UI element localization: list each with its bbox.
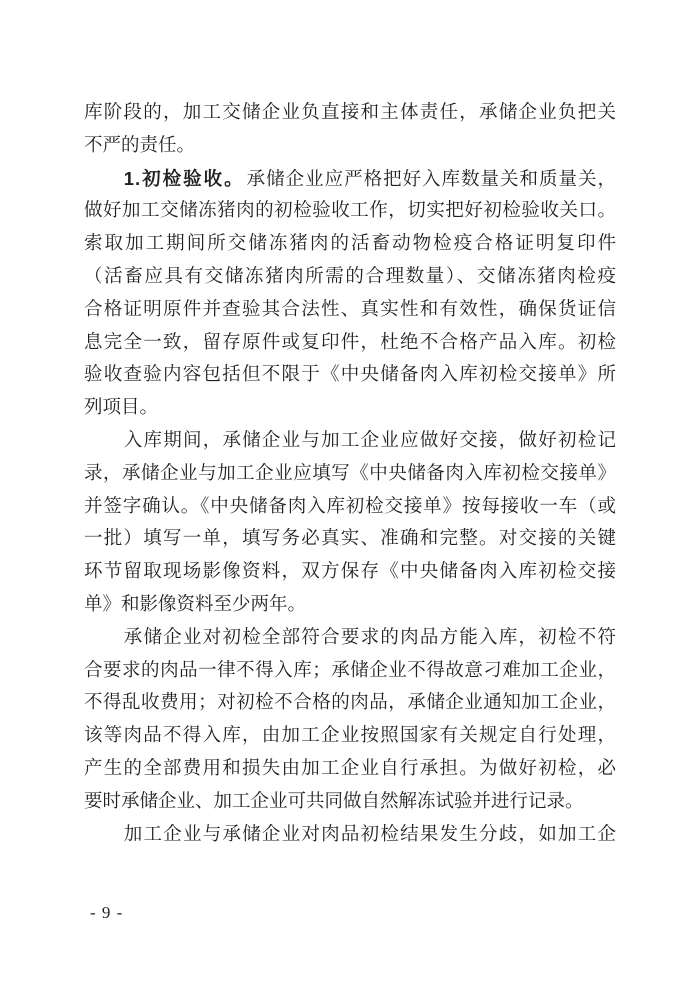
text-line: 验收查验内容包括但不限于《中央储备肉入库初检交接单》所 [84,359,616,392]
text-line: 加工企业与承储企业对肉品初检结果发生分歧，如加工企 [84,819,616,852]
text-line: 合格证明原件并查验其合法性、真实性和有效性，确保货证信 [84,294,616,327]
text-line: 息完全一致，留存原件或复印件，杜绝不合格产品入库。初检 [84,327,616,360]
text-line: 该等肉品不得入库，由加工企业按照国家有关规定自行处理， [84,720,616,753]
line-text: 该等肉品不得入库，由加工企业按照国家有关规定自行处理， [84,726,616,746]
line-text: 一批）填写一单，填写务必真实、准确和完整。对交接的关键 [84,529,616,549]
line-text: 入库期间，承储企业与加工企业应做好交接，做好初检记 [124,431,616,451]
paragraph: 入库期间，承储企业与加工企业应做好交接，做好初检记 录，承储企业与加工企业应填写… [84,425,616,622]
text-line: 1.初检验收。承储企业应严格把好入库数量关和质量关， [84,163,616,196]
line-text: 索取加工期间所交储冻猪肉的活畜动物检疫合格证明复印件 [84,234,616,254]
text-line: 并签字确认。《中央储备肉入库初检交接单》按每接收一车（或 [84,491,616,524]
line-text: 库阶段的，加工交储企业负直接和主体责任，承储企业负把关 [84,103,616,123]
text-line: 做好加工交储冻猪肉的初检验收工作，切实把好初检验收关口。 [84,195,616,228]
line-text: 承储企业应严格把好入库数量关和质量关， [247,170,616,190]
text-line: 环节留取现场影像资料，双方保存《中央储备肉入库初检交接 [84,556,616,589]
line-text: 单》和影像资料至少两年。 [84,595,306,615]
line-text: 息完全一致，留存原件或复印件，杜绝不合格产品入库。初检 [84,333,616,353]
text-line: （活畜应具有交储冻猪肉所需的合理数量）、交储冻猪肉检疫 [84,261,616,294]
text-line: 库阶段的，加工交储企业负直接和主体责任，承储企业负把关 [84,97,616,130]
line-text: 录，承储企业与加工企业应填写《中央储备肉入库初检交接单》 [84,464,616,484]
text-line: 单》和影像资料至少两年。 [84,589,616,622]
text-line: 列项目。 [84,392,616,425]
text-line: 不严的责任。 [84,130,616,163]
document-body: 库阶段的，加工交储企业负直接和主体责任，承储企业负把关 不严的责任。 1.初检验… [84,97,616,851]
text-line: 入库期间，承储企业与加工企业应做好交接，做好初检记 [84,425,616,458]
line-text: 产生的全部费用和损失由加工企业自行承担。为做好初检，必 [84,759,616,779]
line-text: 合要求的肉品一律不得入库；承储企业不得故意刁难加工企业， [84,661,616,681]
line-text: 验收查验内容包括但不限于《中央储备肉入库初检交接单》所 [84,365,616,385]
text-line: 产生的全部费用和损失由加工企业自行承担。为做好初检，必 [84,753,616,786]
line-text: 并签字确认。《中央储备肉入库初检交接单》按每接收一车（或 [84,497,616,517]
text-line: 录，承储企业与加工企业应填写《中央储备肉入库初检交接单》 [84,458,616,491]
text-line: 承储企业对初检全部符合要求的肉品方能入库，初检不符 [84,622,616,655]
page-number: - 9 - [90,901,123,925]
line-text: 做好加工交储冻猪肉的初检验收工作，切实把好初检验收关口。 [84,201,616,221]
document-page: 库阶段的，加工交储企业负直接和主体责任，承储企业负把关 不严的责任。 1.初检验… [0,0,700,989]
text-line: 合要求的肉品一律不得入库；承储企业不得故意刁难加工企业， [84,655,616,688]
line-text: 合格证明原件并查验其合法性、真实性和有效性，确保货证信 [84,300,616,320]
paragraph: 库阶段的，加工交储企业负直接和主体责任，承储企业负把关 不严的责任。 [84,97,616,163]
line-text: （活畜应具有交储冻猪肉所需的合理数量）、交储冻猪肉检疫 [84,267,616,287]
text-line: 一批）填写一单，填写务必真实、准确和完整。对交接的关键 [84,523,616,556]
text-line: 要时承储企业、加工企业可共同做自然解冻试验并进行记录。 [84,786,616,819]
line-text: 列项目。 [84,398,158,418]
line-text: 不得乱收费用；对初检不合格的肉品，承储企业通知加工企业， [84,693,616,713]
line-text: 环节留取现场影像资料，双方保存《中央储备肉入库初检交接 [84,562,616,582]
line-text: 要时承储企业、加工企业可共同做自然解冻试验并进行记录。 [84,792,584,812]
section-heading: 1.初检验收。 [124,168,245,189]
line-text: 不严的责任。 [84,136,195,156]
line-text: 承储企业对初检全部符合要求的肉品方能入库，初检不符 [124,628,616,648]
text-line: 不得乱收费用；对初检不合格的肉品，承储企业通知加工企业， [84,687,616,720]
paragraph: 承储企业对初检全部符合要求的肉品方能入库，初检不符 合要求的肉品一律不得入库；承… [84,622,616,819]
line-text: 加工企业与承储企业对肉品初检结果发生分歧，如加工企 [124,825,616,845]
paragraph: 1.初检验收。承储企业应严格把好入库数量关和质量关， 做好加工交储冻猪肉的初检验… [84,163,616,425]
paragraph: 加工企业与承储企业对肉品初检结果发生分歧，如加工企 [84,819,616,852]
text-line: 索取加工期间所交储冻猪肉的活畜动物检疫合格证明复印件 [84,228,616,261]
